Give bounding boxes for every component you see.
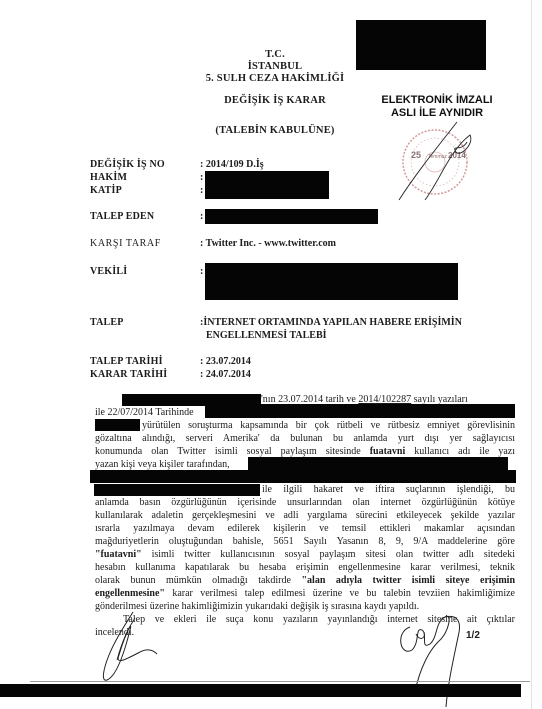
field-value-clerk: : <box>200 185 203 196</box>
field-value-request-date: : 23.07.2014 <box>200 356 251 367</box>
certification-line1: ELEKTRONİK İMZALI <box>372 94 502 107</box>
redaction-box <box>95 419 140 431</box>
footer-rule <box>30 681 530 682</box>
field-label-attorney: VEKİLİ <box>90 266 127 277</box>
field-value-judge: : <box>200 172 203 183</box>
field-label-clerk: KATİP <box>90 185 122 196</box>
redaction-box <box>248 457 508 470</box>
signature-left-icon <box>95 610 165 685</box>
field-label-counterparty: KARŞI TARAF <box>90 238 161 249</box>
redaction-bar <box>0 684 521 697</box>
field-value-counterparty: : Twitter Inc. - www.twitter.com <box>200 238 336 249</box>
field-value-request-cont: ENGELLENMESİ TALEBİ <box>206 330 327 341</box>
svg-text:2014: 2014 <box>448 151 466 160</box>
body-line-12: mağduriyetlerin oluştuğundan bahisle, 56… <box>95 536 515 549</box>
body-line-4: gözaltına alındığı, serveri Amerika' da … <box>95 433 515 446</box>
page-edge <box>531 0 532 709</box>
redaction-box <box>205 263 458 300</box>
field-value-requester: : <box>200 211 203 222</box>
field-value-case-no: : 2014/109 D.İş <box>200 159 264 170</box>
document-subtitle: (TALEBİN KABULÜNE) <box>150 125 400 136</box>
redaction-box <box>90 470 516 483</box>
field-label-request-date: TALEP TARİHİ <box>90 356 163 367</box>
field-label-judge: HAKİM <box>90 172 127 183</box>
field-value-attorney: : <box>200 266 203 277</box>
field-value-decision-date: : 24.07.2014 <box>200 369 251 380</box>
redaction-box <box>356 20 486 70</box>
header-court: 5. SULH CEZA HAKİMLİĞİ <box>150 73 400 84</box>
body-line-13: "fuatavni" isimli twitter kullanıcısının… <box>95 549 515 562</box>
body-line-2: ile 22/07/2014 Tarihinde <box>95 407 194 418</box>
redaction-box <box>205 404 515 418</box>
body-line-9: anlamda basın özgürlüğünün içerisinde un… <box>95 497 515 510</box>
page-number: 1/2 <box>466 630 480 641</box>
document-title: DEĞİŞİK İŞ KARAR <box>150 95 400 106</box>
field-label-request: TALEP <box>90 317 124 328</box>
redaction-box <box>94 484 260 496</box>
body-line-14: hesabın kullanıma kapatılarak bu hesaba … <box>95 562 515 575</box>
field-label-requester: TALEP EDEN <box>90 211 154 222</box>
svg-text:25: 25 <box>411 150 421 160</box>
field-label-case-no: DEĞİŞİK İŞ NO <box>90 159 165 170</box>
field-value-request: :İNTERNET ORTAMINDA YAPILAN HABERE ERİŞİ… <box>200 317 462 328</box>
redaction-box <box>205 209 378 224</box>
body-line-11: ısrarla yazılmaya devam edilerek kişiler… <box>95 523 515 536</box>
redaction-box <box>205 171 329 199</box>
body-line-10: kullanılarak adaletin gerçekleşmesini ve… <box>95 510 515 523</box>
court-seal-icon: 25 Temmuz 2014 <box>395 120 475 210</box>
field-label-decision-date: KARAR TARİHİ <box>90 369 167 380</box>
body-line-3: yürütülen soruşturma kapsamında bir çok … <box>142 420 515 431</box>
body-line-8: ile ilgili hakaret ve iftira suçlarının … <box>262 484 515 495</box>
certification-line2: ASLI İLE AYNIDIR <box>372 107 502 120</box>
body-line-6: yazan kişi veya kişiler tarafından, <box>95 459 230 470</box>
body-line-16: engellenmesine" karar verilmesi talep ed… <box>95 588 515 601</box>
body-line-15: olarak bunun mümkün olmadığı takdirde "a… <box>95 575 515 588</box>
